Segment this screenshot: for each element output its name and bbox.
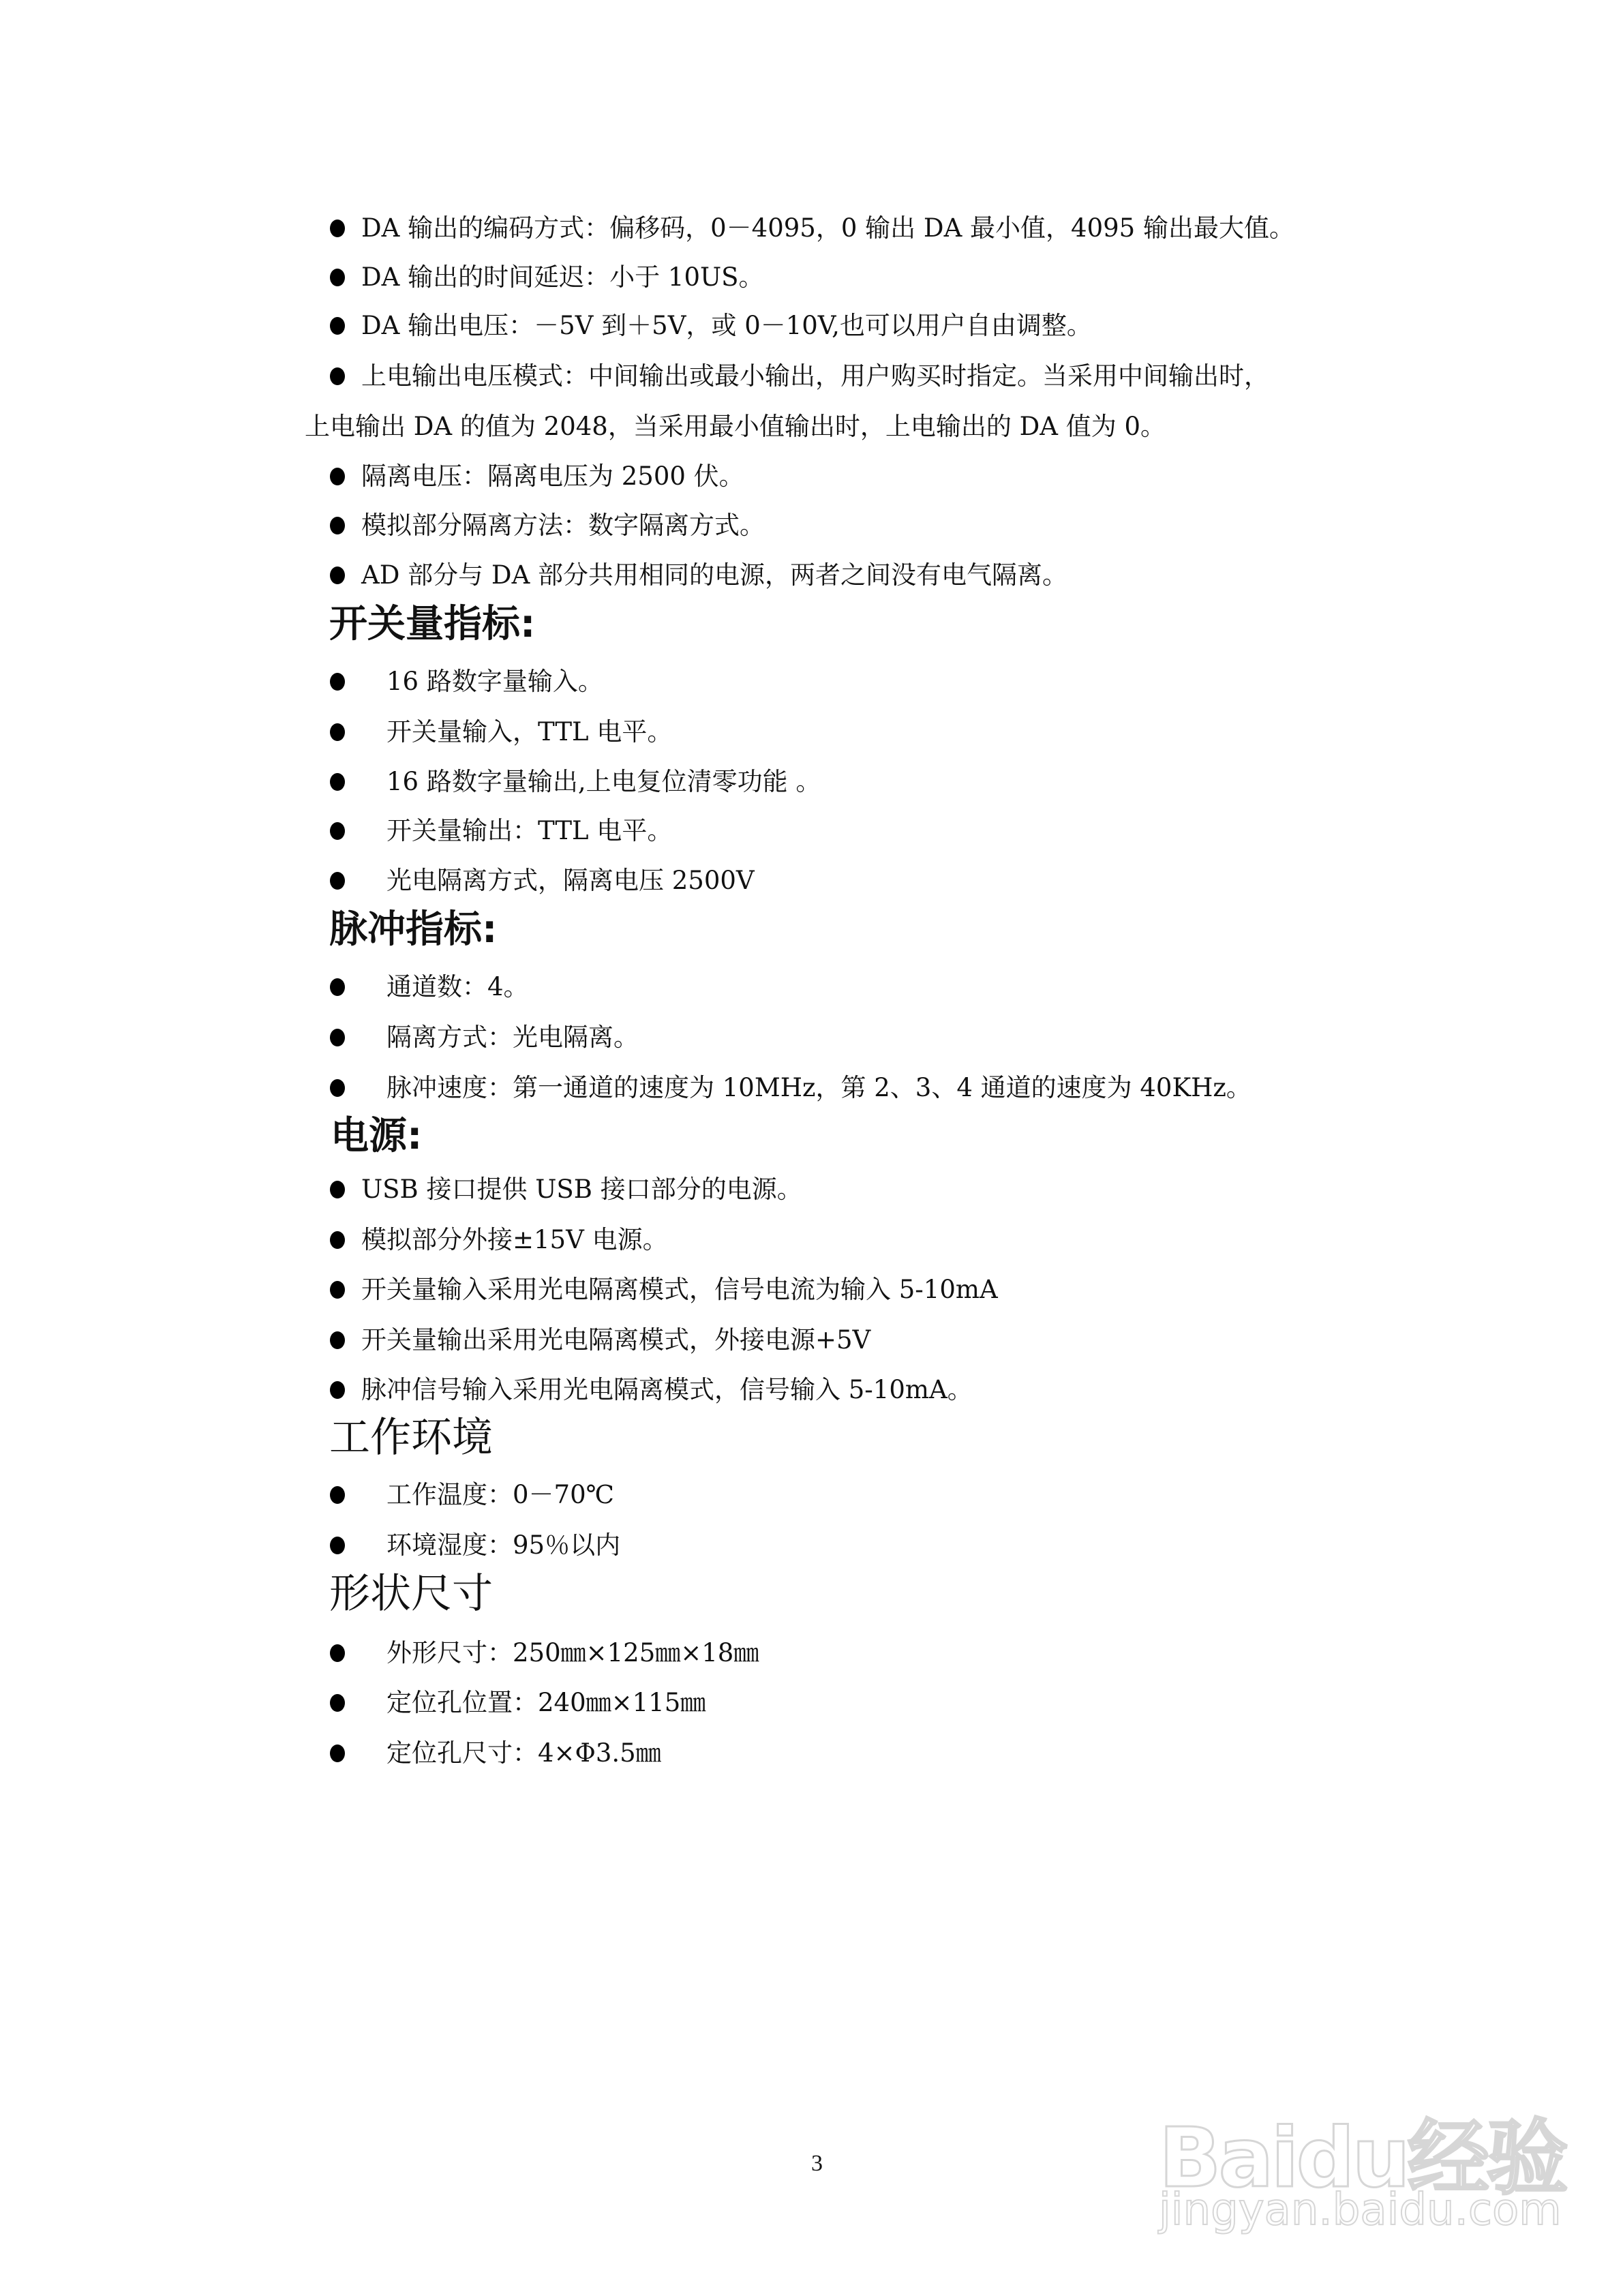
baidu-watermark: Baidu经验 jingyan.baidu.com [1159,2072,1541,2236]
da-voltage-item: DA 输出电压：－5V 到＋5V，或 0－10V,也可以用户自由调整。 [361,311,1092,341]
bullet-icon [330,1079,345,1097]
dimensions-heading: 形状尺寸 [329,1571,493,1617]
list-item: 光电隔离方式，隔离电压 2500V [386,866,755,896]
list-item: 开关量输出采用光电隔离模式，外接电源+5V [361,1325,870,1355]
list-item: 16 路数字量输出,上电复位清零功能 。 [386,767,821,797]
bullet-icon [330,673,345,691]
list-item: 开关量输出：TTL 电平。 [386,816,672,846]
bullet-icon [330,1181,345,1198]
bullet-icon [330,1281,345,1299]
bullet-icon [330,1644,345,1662]
list-item: 工作温度：0－70℃ [386,1480,614,1510]
bullet-icon [330,220,345,237]
bullet-icon [330,1694,345,1712]
bullet-icon [330,773,345,791]
digital-io-heading: 开关量指标: [329,603,535,646]
da-delay-item: DA 输出的时间延迟：小于 10US。 [361,262,764,292]
power-on-mode-continuation: 上电输出 DA 的值为 2048，当采用最小值输出时，上电输出的 DA 值为 0… [305,412,1166,442]
list-item: 开关量输入采用光电隔离模式，信号电流为输入 5-10mA [361,1275,998,1305]
bullet-icon [330,567,345,584]
list-item: 外形尺寸：250㎜×125㎜×18㎜ [386,1638,759,1668]
list-item: 定位孔位置：240㎜×115㎜ [386,1688,706,1718]
bullet-icon [330,1537,345,1554]
bullet-icon [330,1331,345,1349]
bullet-icon [330,367,345,385]
shared-power-item: AD 部分与 DA 部分共用相同的电源，两者之间没有电气隔离。 [361,560,1067,590]
list-item: 隔离方式：光电隔离。 [386,1023,639,1053]
list-item: 环境湿度：95％以内 [386,1530,620,1560]
environment-heading: 工作环境 [329,1415,493,1461]
bullet-icon [330,723,345,741]
pulse-heading: 脉冲指标: [329,908,497,952]
list-item: 16 路数字量输入。 [386,667,603,697]
bullet-icon [330,1381,345,1399]
list-item: 脉冲信号输入采用光电隔离模式，信号输入 5-10mA。 [361,1375,973,1405]
bullet-icon [330,1231,345,1249]
isolation-voltage-item: 隔离电压：隔离电压为 2500 伏。 [361,462,744,492]
bullet-icon [330,1486,345,1504]
bullet-icon [330,822,345,840]
bullet-icon [330,269,345,286]
page-number: 3 [811,2151,823,2177]
power-heading: 电源: [331,1115,422,1158]
da-encoding-item: DA 输出的编码方式：偏移码，0－4095，0 输出 DA 最小值，4095 输… [361,213,1294,243]
power-on-mode-item: 上电输出电压模式：中间输出或最小输出，用户购买时指定。当采用中间输出时， [361,361,1269,391]
list-item: 脉冲速度：第一通道的速度为 10MHz，第 2、3、4 通道的速度为 40KHz… [386,1073,1252,1103]
bullet-icon [330,872,345,890]
bullet-icon [330,468,345,485]
bullet-icon [330,1744,345,1762]
analog-isolation-item: 模拟部分隔离方法：数字隔离方式。 [361,511,765,541]
list-item: 定位孔尺寸：4×Φ3.5㎜ [386,1738,661,1768]
bullet-icon [330,1029,345,1046]
bullet-icon [330,978,345,996]
list-item: 通道数：4。 [386,972,529,1002]
watermark-url: jingyan.baidu.com [1159,2185,1562,2235]
baidu-logo-icon: Baidu经验 [1159,2093,1566,2210]
bullet-icon [330,317,345,335]
list-item: USB 接口提供 USB 接口部分的电源。 [361,1175,802,1205]
list-item: 开关量输入，TTL 电平。 [386,717,672,747]
bullet-icon [330,517,345,534]
list-item: 模拟部分外接±15V 电源。 [361,1225,668,1255]
